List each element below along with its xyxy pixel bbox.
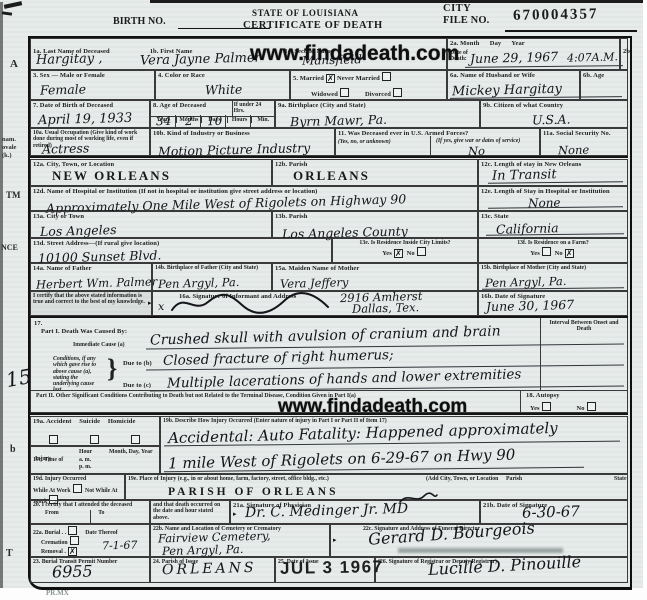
label-13e-no: No: [407, 250, 415, 257]
value-22b-line2: Pen Argyl, Pa.: [162, 542, 244, 558]
clipped-city-text: CITY OF NEW ORLEANS: [205, 0, 455, 2]
label-widowed: Widowed: [311, 91, 338, 98]
field-13f-farm: 13f. Is Residence on a Farm? Yes No✗: [478, 238, 628, 263]
label-13b: 13b. Parish: [275, 213, 475, 220]
label-16-certify: I certify that the above stated informat…: [33, 293, 149, 306]
label-11-yes-no: (Yes, no, or unknown): [338, 139, 393, 145]
value-2a-time: 4:07A.M.: [567, 50, 618, 64]
file-no-label: FILE NO.: [443, 17, 489, 24]
label-12a: 12a. City, Town, or Location: [33, 161, 269, 168]
field-20b-death-occurred: and that death occurred on the date and …: [150, 500, 230, 524]
pointer-16a: ▸: [148, 299, 152, 307]
value-12a-city: NEW ORLEANS: [52, 168, 171, 184]
margin-fragment: b: [10, 444, 16, 455]
label-18-yes: Yes: [530, 405, 540, 412]
options-13e: Yes✗ No: [335, 247, 475, 258]
field-19a-manner: 19a. Accident Suicide Homicide: [30, 416, 160, 446]
label-12b: 12b. Parish: [275, 161, 475, 168]
checkbox-widowed: [340, 88, 349, 97]
label-17-number: 17.: [34, 320, 42, 327]
label-6a: 6a. Name of Husband or Wife: [450, 72, 577, 79]
checkbox-18-no: [587, 402, 596, 411]
from-to-divider: [90, 510, 91, 524]
label-17-due-to-c: Due to (c): [123, 382, 151, 389]
label-19e-parish: Parish: [506, 476, 522, 482]
label-13e: 13e. Is Residence Inside City Limits?: [335, 240, 475, 246]
label-divorced: Divorced: [365, 91, 391, 98]
label-19d-while: While At Work: [33, 488, 71, 494]
age-divider-1: [175, 115, 176, 128]
label-18-autopsy: 18. Autopsy: [526, 392, 560, 399]
label-13a: 13a. City or Town: [33, 213, 269, 220]
checkbox-removal: ✗: [68, 547, 77, 556]
field-19d-injury-at-work: 19d. Injury Occurred While At Work Not W…: [30, 474, 125, 500]
value-1a-last-name: Hargitay ,: [36, 51, 103, 68]
label-19c-am: a. m.: [79, 457, 91, 463]
label-homicide: Homicide: [108, 418, 136, 425]
checkbox-13e-yes: ✗: [394, 249, 403, 258]
watermark-top: www.findadeath.com: [250, 42, 459, 66]
label-20b: and that death occurred on the date and …: [153, 502, 227, 521]
clipped-city-line: CITY OF NEW ORLEANS: [205, 0, 455, 7]
field-16-certify: I certify that the above stated informat…: [30, 291, 152, 316]
value-1b-first-name: Vera Jayne Palmer: [140, 50, 261, 68]
checkbox-13f-yes: [542, 247, 551, 256]
checkbox-homicide: [131, 435, 140, 444]
margin-fragment: T: [6, 548, 13, 559]
value-9a-birthplace: Byrn Mawr, Pa.: [290, 112, 387, 130]
checkbox-married: ✗: [326, 74, 335, 83]
label-11: 11. Was Deceased ever in U.S. Armed Forc…: [338, 130, 537, 137]
margin-fragment: A: [10, 58, 18, 70]
value-8-months: 2: [185, 114, 193, 128]
margin-fragment: (k.): [2, 152, 12, 159]
label-burial: 22a. Burial . .: [33, 530, 66, 536]
value-15a-mother: Vera Jeffery: [280, 275, 349, 291]
label-accident: 19a. Accident: [33, 418, 72, 425]
value-23-permit: 6955: [52, 561, 93, 581]
label-6b: 6b. Age: [583, 72, 625, 79]
label-12d: 12d. Name of Hospital or Institution (If…: [33, 188, 475, 195]
label-19c-injury: Injury: [35, 456, 51, 462]
value-14b-father-bp: Pen Argyl, Pa.: [158, 275, 240, 291]
watermark-middle: www.findadeath.com: [278, 396, 467, 418]
part2-top-rule: [30, 390, 628, 391]
label-date-thereof: Date Thereof: [85, 530, 117, 536]
funeral-director-stamp-illegible: [398, 548, 563, 553]
checkbox-accident: [49, 435, 58, 444]
label-20-to: To: [98, 510, 104, 516]
options-13f: Yes No✗: [481, 247, 625, 258]
checkbox-burial: [68, 526, 77, 535]
label-22a-burial: 22a. Burial . .Date Thereof: [33, 526, 147, 536]
value-9b-citizen: U.S.A.: [532, 111, 571, 127]
label-9b: 9b. Citizen of what Country: [483, 102, 625, 109]
label-7: 7. Date of Birth of Deceased: [33, 102, 147, 109]
label-cremation: Cremation: [41, 540, 68, 546]
field-19c-time-of-injury: 19c. Time of Injury Hour a. m. p. m. Mon…: [30, 446, 160, 474]
field-13e-city-limits: 13e. Is Residence Inside City Limits? Ye…: [332, 238, 478, 263]
label-15b: 15b. Birthplace of Mother (City and Stat…: [481, 265, 625, 271]
value-16a-address2: Dallas, Tex.: [352, 300, 420, 316]
field-11-divider: [430, 136, 431, 156]
label-5-married: 5. Married✗Never Married: [293, 72, 444, 83]
label-14a: 14a. Name of Father: [33, 265, 149, 272]
label-13f: 13f. Is Residence on a Farm?: [481, 240, 625, 246]
label-20-from: From: [45, 510, 59, 516]
value-2a-date: June 29, 1967: [470, 49, 559, 66]
margin-fragment: TM: [6, 190, 21, 200]
label-13d: 13d. Street Address—(If rural give locat…: [33, 240, 329, 247]
label-11a: 11a. Social Security No.: [543, 130, 625, 137]
col-hours: Hours: [228, 117, 253, 123]
value-11-armed-forces: No: [468, 144, 485, 158]
value-24-parish: ORLEANS: [162, 560, 257, 578]
label-never-married: Never Married: [337, 75, 380, 82]
checkbox-19d-while: [73, 484, 82, 493]
label-19e-state: State: [614, 476, 627, 482]
autopsy-divider: [520, 390, 521, 413]
value-3-sex: Female: [40, 81, 86, 97]
label-12e: 12e. Length of Stay in Hospital or Insti…: [481, 188, 625, 195]
value-7-birth-date: April 19, 1933: [38, 111, 133, 128]
value-16b-date: June 30, 1967: [486, 297, 575, 314]
value-19e-place: PARISH OF ORLEANS: [168, 486, 339, 498]
certificate-title: CERTIFICATE OF DEATH: [243, 22, 383, 29]
label-8-under24: If under 24 Hrs.: [232, 101, 274, 116]
physician-flourish: [398, 492, 438, 506]
value-8-days: 10: [207, 114, 223, 128]
label-17-immediate-cause: Immediate Cause (a): [73, 342, 125, 348]
scan-left-edge: [0, 2, 3, 588]
label-19c-mdy: Month, Day, Year: [109, 449, 153, 455]
options-18: Yes No: [530, 402, 598, 412]
label-married: 5. Married: [293, 75, 324, 82]
state-heading: STATE OF LOUISIANA: [252, 10, 359, 17]
interval-column-divider: [540, 318, 541, 390]
checkbox-never-married: [382, 72, 391, 81]
checkbox-suicide: [90, 435, 99, 444]
label-17-part1: Part I. Death Was Caused By:: [41, 328, 136, 335]
label-19c-pm: p. m.: [79, 464, 91, 470]
value-13a-city: Los Angeles: [40, 222, 117, 239]
field-11-armed-forces: 11. Was Deceased ever in U.S. Armed Forc…: [335, 128, 540, 156]
margin-fragment: NCE: [1, 243, 18, 252]
label-17-conditions-note: Conditions, if any which gave rise to ab…: [53, 356, 105, 394]
label-removal: Removal .: [41, 549, 66, 555]
margin-fragment: PR.MX: [46, 589, 69, 597]
value-8-years: 34: [156, 114, 172, 128]
checkbox-18-yes: [542, 402, 551, 411]
label-2a: 2a. Month Day Year: [450, 40, 617, 47]
label-13f-yes: Yes: [530, 250, 540, 257]
label-13c: 13c. State: [481, 213, 625, 220]
labels-19a: 19a. Accident Suicide Homicide: [33, 418, 157, 425]
margin-handwritten-number: 15: [4, 364, 33, 392]
scan-right-white-edge: [643, 0, 647, 600]
file-no-underline: [505, 30, 637, 32]
label-15a: 15a. Maiden Name of Mother: [275, 265, 475, 272]
value-25-date-stamp: JUL 3 1967: [280, 557, 384, 579]
value-4-race: White: [205, 82, 243, 98]
field-5-marital-status: 5. Married✗Never Married WidowedDivorced: [290, 70, 447, 100]
label-20: 20. I certify that I attended the deceas…: [33, 502, 147, 508]
age-divider-4: [250, 115, 251, 128]
death-certificate-scan: CITY OF NEW ORLEANS BIRTH NO. STATE OF L…: [0, 0, 647, 600]
margin-fragment: nam.: [2, 136, 16, 143]
pointer-22c: ▸: [333, 536, 337, 544]
margin-fragment: ovale: [2, 144, 16, 151]
label-17-interval: Interval Between Onset and Death: [546, 320, 622, 333]
checkbox-divorced: [393, 88, 402, 97]
birth-no-label: BIRTH NO.: [113, 18, 166, 25]
value-11a-ssn: None: [558, 143, 590, 158]
label-19c-hour: Hour: [79, 449, 92, 455]
value-16a-x: x: [158, 300, 165, 313]
age-divider-2: [200, 115, 201, 128]
label-4: 4. Color or Race: [158, 72, 287, 79]
label-19d: 19d. Injury Occurred: [33, 476, 122, 482]
label-13e-yes: Yes: [382, 250, 392, 257]
label-19e: 19e. Place of Injury (e.g., in or about …: [128, 476, 418, 482]
value-10a-occupation: Actress: [42, 140, 90, 156]
label-17-due-to-b: Due to (b): [123, 360, 152, 367]
city-label: CITY: [443, 5, 471, 12]
label-9a: 9a. Birthplace (City and State): [278, 102, 477, 109]
value-22a-date: 7-1-67: [102, 539, 138, 553]
label-18-no: No: [576, 405, 584, 412]
pointer-21a: ▸: [233, 510, 237, 518]
label-19e-add-city: (Add City, Town, or Location: [426, 476, 498, 482]
label-2b: 2b.: [623, 48, 632, 55]
checkbox-13e-no: [417, 247, 426, 256]
label-14b: 14b. Birthplace of Father (City and Stat…: [155, 265, 269, 271]
label-13f-no: No: [555, 250, 563, 257]
file-no-value: 670004357: [513, 11, 599, 19]
label-10b: 10b. Kind of Industry or Business: [153, 130, 332, 137]
age-divider-3: [225, 115, 226, 128]
label-5-widowed-divorced: WidowedDivorced: [311, 88, 444, 98]
checkbox-cremation: [70, 536, 79, 545]
informant-signature: [168, 292, 333, 316]
label-suicide: Suicide: [79, 418, 100, 425]
label-3: 3. Sex — Male or Female: [33, 72, 152, 79]
value-12b-parish: ORLEANS: [293, 168, 370, 184]
conditions-brace: }: [107, 354, 117, 384]
checkbox-13f-no: ✗: [565, 249, 574, 258]
col-min: Min.: [252, 117, 274, 123]
